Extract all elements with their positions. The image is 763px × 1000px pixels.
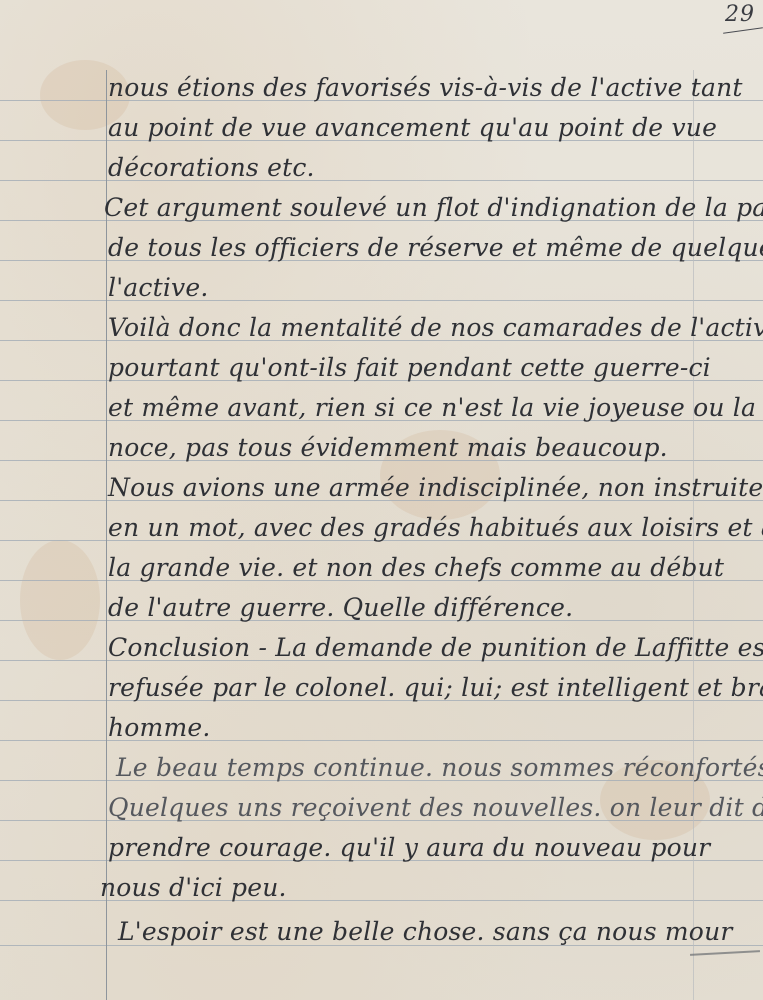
handwritten-line: Cet argument soulevé un flot d'indignati… [104, 194, 763, 222]
notebook-page: 29 nous étions des favorisés vis-à-vis d… [0, 0, 763, 1000]
handwritten-line: l'active. [108, 274, 208, 302]
ink-stroke [690, 950, 760, 956]
handwritten-line: décorations etc. [108, 154, 315, 182]
handwritten-line: nous étions des favorisés vis-à-vis de l… [108, 74, 743, 102]
handwritten-line: et même avant, rien si ce n'est la vie j… [108, 394, 756, 422]
handwritten-line: pourtant qu'ont-ils fait pendant cette g… [108, 354, 711, 382]
page-number-underline [723, 27, 763, 34]
paper-stain [20, 540, 100, 660]
page-number: 29 [725, 2, 755, 27]
handwritten-line: noce, pas tous évidemment mais beaucoup. [108, 434, 668, 462]
handwritten-line: Quelques uns reçoivent des nouvelles. on… [108, 794, 763, 822]
handwritten-line: de tous les officiers de réserve et même… [108, 234, 763, 262]
handwritten-line: en un mot, avec des gradés habitués aux … [108, 514, 763, 542]
handwritten-line: la grande vie. et non des chefs comme au… [108, 554, 724, 582]
handwritten-line: Nous avions une armée indisciplinée, non… [108, 474, 763, 502]
handwritten-line: Conclusion - La demande de punition de L… [108, 634, 763, 662]
handwritten-line: au point de vue avancement qu'au point d… [108, 114, 717, 142]
handwritten-line: prendre courage. qu'il y aura du nouveau… [108, 834, 710, 862]
handwritten-line: Voilà donc la mentalité de nos camarades… [108, 314, 763, 342]
handwritten-line: refusée par le colonel. qui; lui; est in… [108, 674, 763, 702]
handwritten-line: homme. [108, 714, 211, 742]
handwritten-line: Le beau temps continue. nous sommes réco… [116, 754, 763, 782]
handwritten-line: nous d'ici peu. [100, 874, 287, 902]
handwritten-line: de l'autre guerre. Quelle différence. [108, 594, 573, 622]
handwritten-line: L'espoir est une belle chose. sans ça no… [118, 918, 733, 946]
